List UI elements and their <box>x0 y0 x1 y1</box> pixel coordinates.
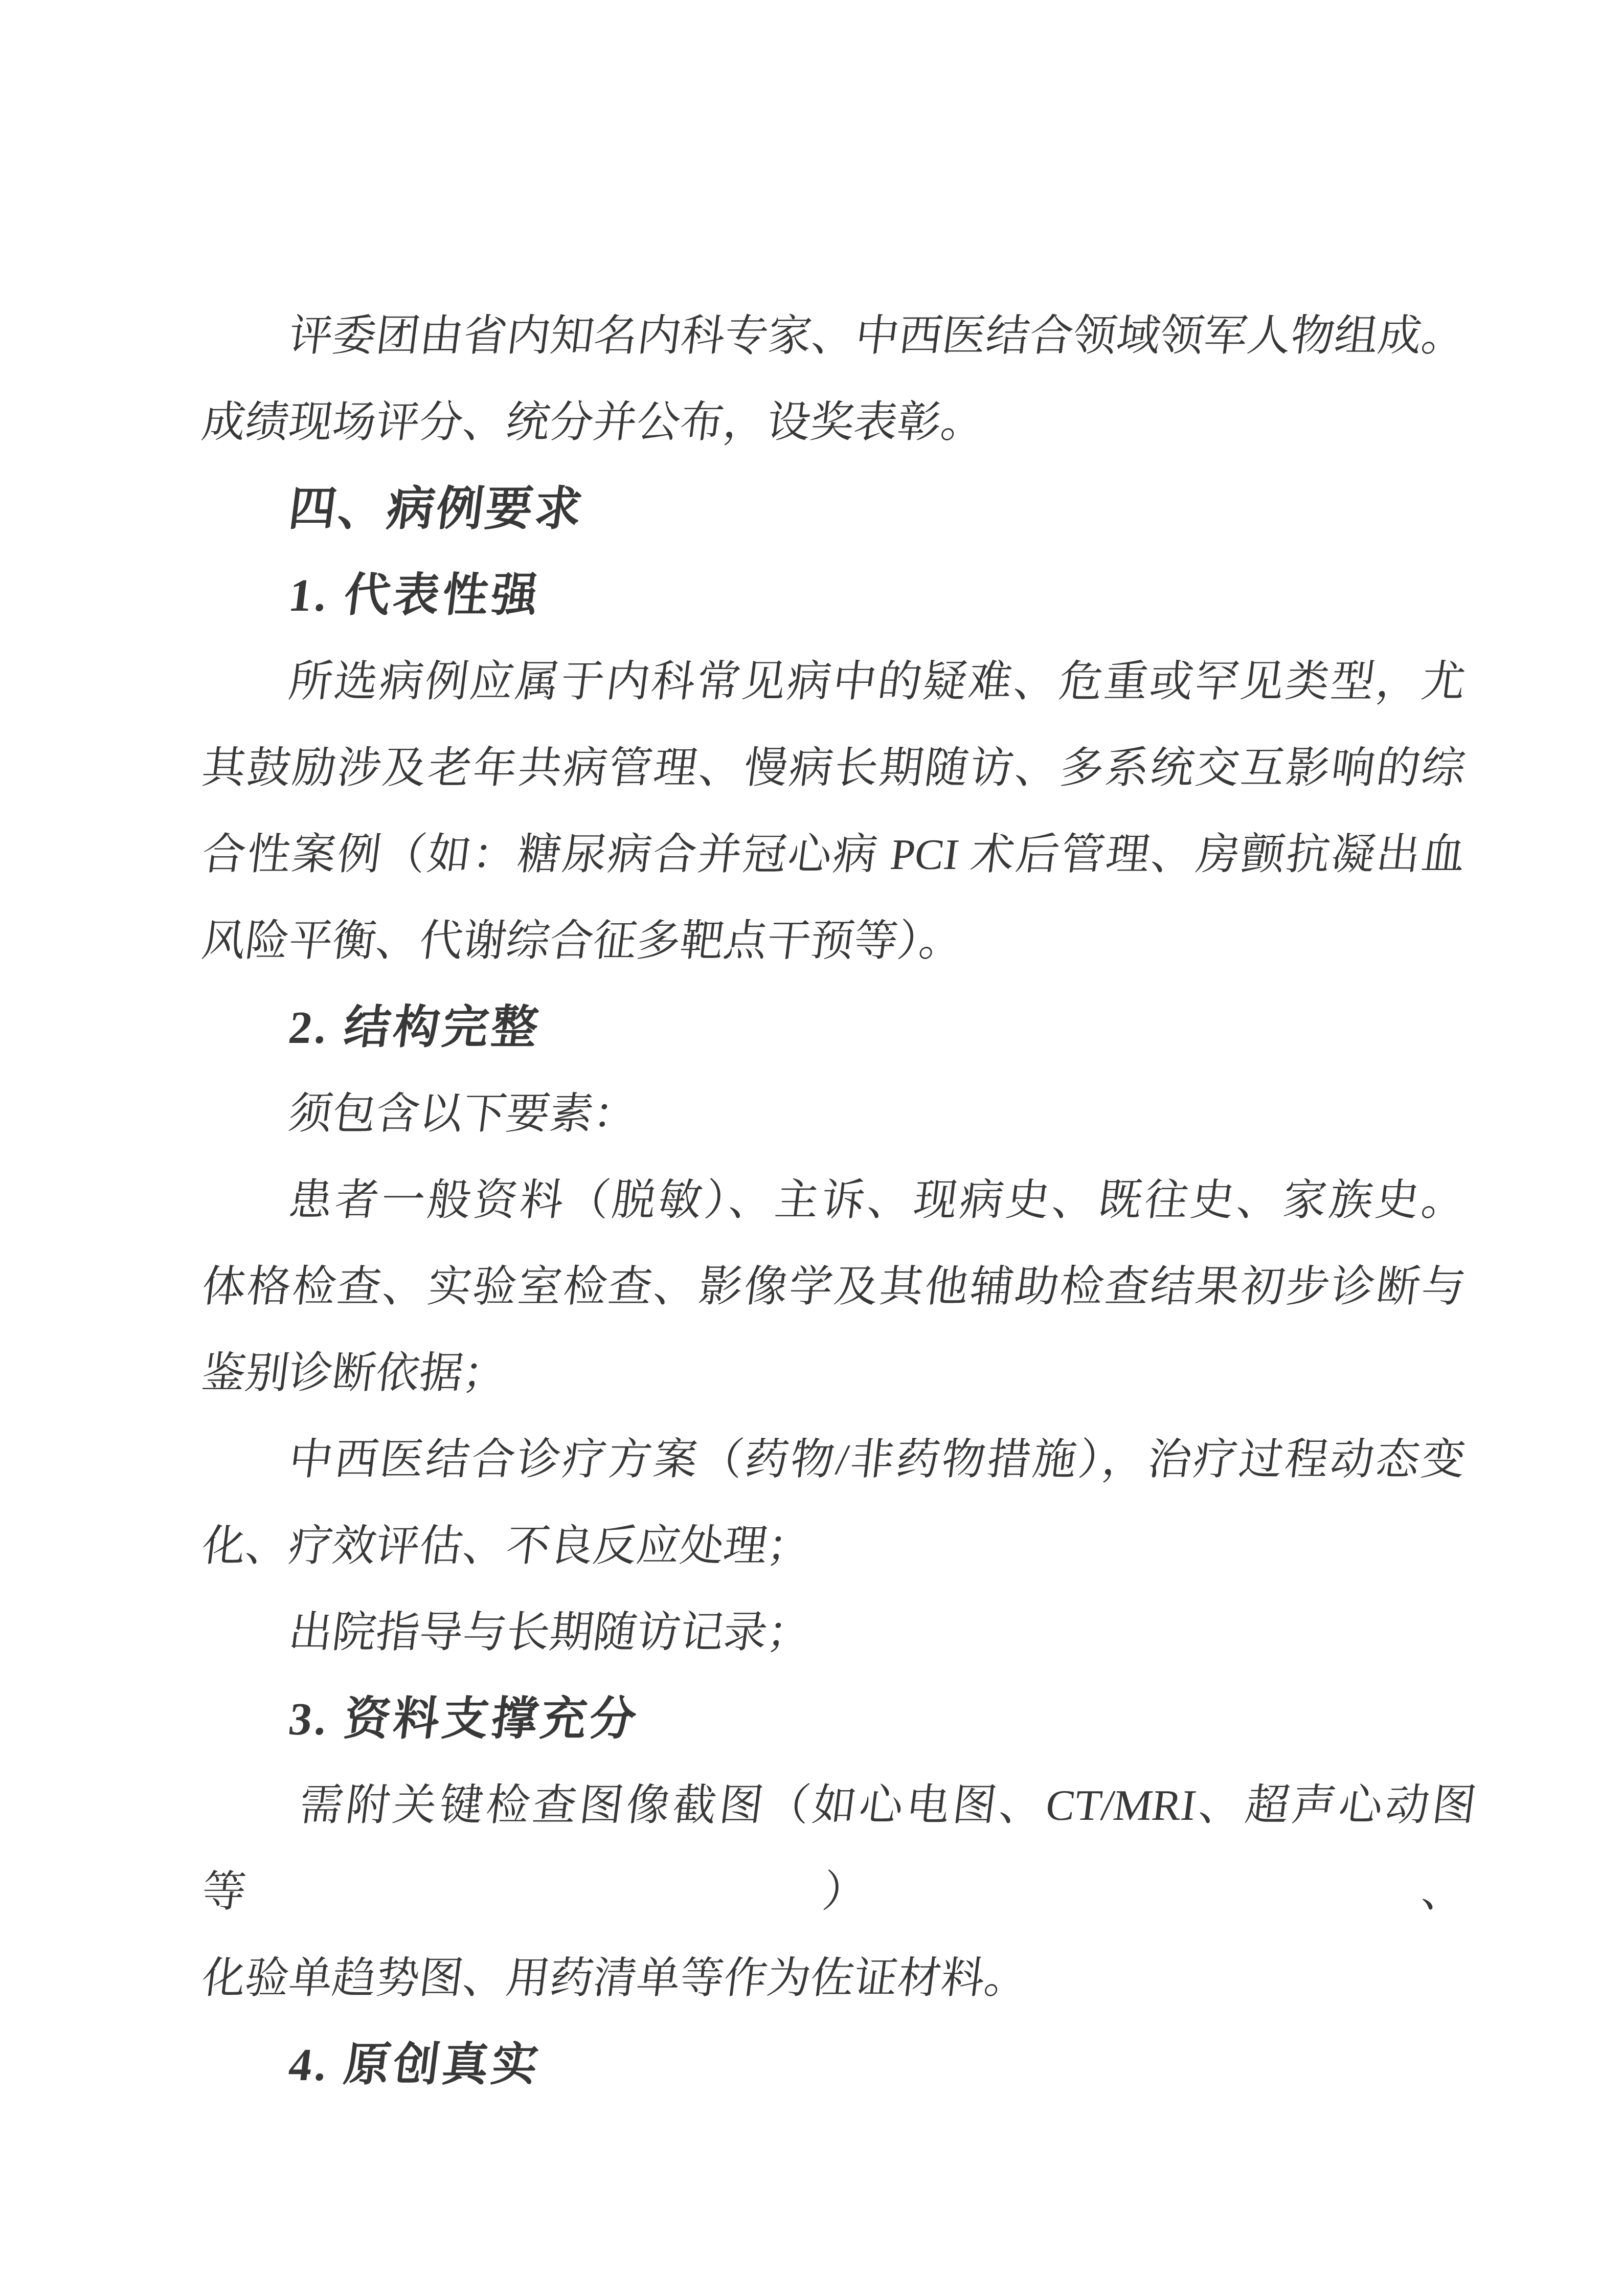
text-line: 评委团由省内知名内科专家、中西医结合领域领军人物组成。 <box>197 293 1471 380</box>
text-line: 化、疗效评估、不良反应处理； <box>197 1503 1471 1590</box>
text-line: 成绩现场评分、统分并公布，设奖表彰。 <box>197 380 1471 466</box>
text-line: 其鼓励涉及老年共病管理、慢病长期随访、多系统交互影响的综 <box>197 725 1471 812</box>
section-heading-case-requirements: 四、病例要求 <box>197 466 1471 552</box>
subsection-heading-representativeness: 1. 代表性强 <box>197 552 1471 639</box>
text-line: 须包含以下要素： <box>197 1071 1471 1157</box>
subsection-heading-supporting-materials: 3. 资料支撑充分 <box>197 1676 1471 1763</box>
text-line: 风险平衡、代谢综合征多靶点干预等）。 <box>197 898 1471 985</box>
text-line: 出院指导与长期随访记录； <box>197 1590 1471 1676</box>
text-line: 鉴别诊断依据； <box>197 1330 1471 1417</box>
scanned-document-page: 评委团由省内知名内科专家、中西医结合领域领军人物组成。 成绩现场评分、统分并公布… <box>0 0 1623 2296</box>
text-line: 化验单趋势图、用药清单等作为佐证材料。 <box>197 1935 1471 2022</box>
text-line: 合性案例（如：糖尿病合并冠心病 PCI 术后管理、房颤抗凝出血 <box>197 812 1471 898</box>
text-line: 所选病例应属于内科常见病中的疑难、危重或罕见类型，尤 <box>197 639 1471 725</box>
subsection-heading-complete-structure: 2. 结构完整 <box>197 985 1471 1071</box>
text-line: 患者一般资料（脱敏）、主诉、现病史、既往史、家族史。 <box>197 1157 1471 1244</box>
text-line: 中西医结合诊疗方案（药物/非药物措施），治疗过程动态变 <box>197 1417 1471 1503</box>
subsection-heading-originality: 4. 原创真实 <box>197 2022 1471 2108</box>
document-body: 评委团由省内知名内科专家、中西医结合领域领军人物组成。 成绩现场评分、统分并公布… <box>197 293 1460 2108</box>
text-line: 体格检查、实验室检查、影像学及其他辅助检查结果初步诊断与 <box>197 1244 1471 1330</box>
text-line: 需附关键检查图像截图（如心电图、CT/MRI、超声心动图等）、 <box>197 1763 1481 1935</box>
